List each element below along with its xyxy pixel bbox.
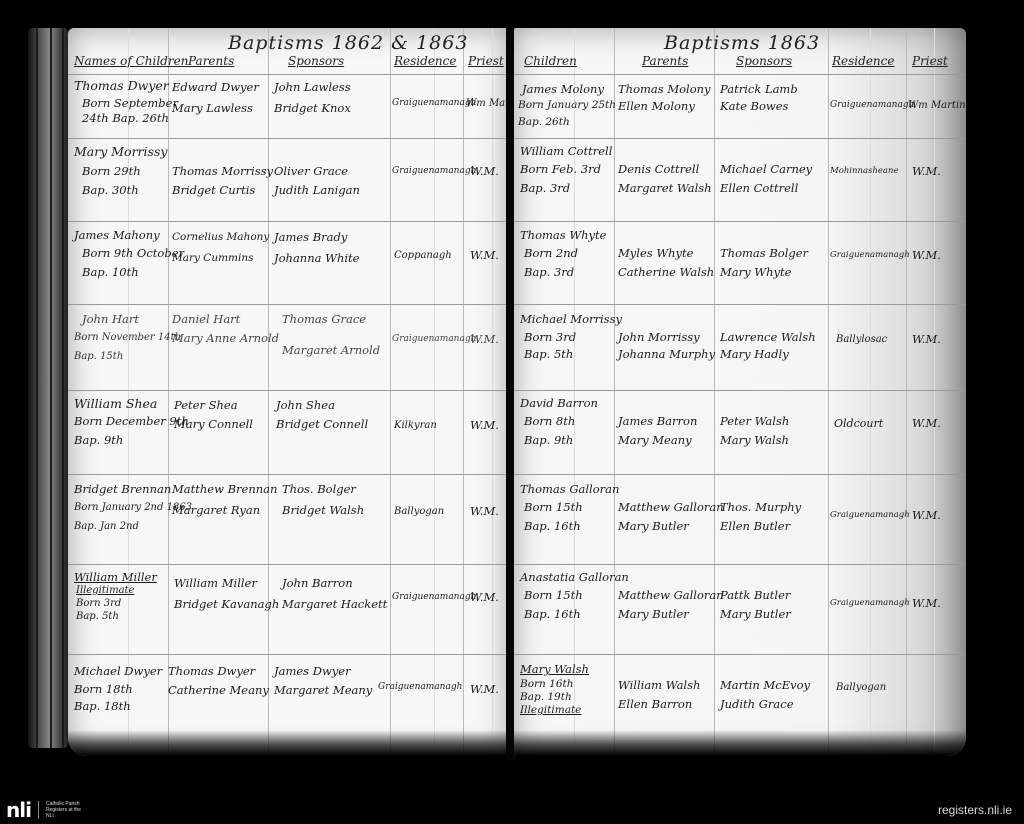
- residence: Oldcourt: [834, 416, 883, 431]
- birth-baptism-dates: Born November 14thBap. 15th: [74, 330, 181, 364]
- birth-baptism-dates: Born 16thBap. 19thIllegitimate: [520, 678, 581, 717]
- residence: Graiguenamanagh: [378, 680, 462, 695]
- header-residence: Residence: [394, 54, 456, 68]
- parents: Edward DwyerMary Lawless: [172, 80, 259, 116]
- residence: Graiguenamanagh: [392, 96, 476, 111]
- residence: Graiguenamanagh: [392, 590, 476, 605]
- parents: Peter SheaMary Connell: [174, 398, 253, 432]
- header-children: Names of Children: [74, 54, 188, 68]
- right-page: Baptisms 1863 Children Parents Sponsors …: [514, 28, 966, 756]
- child-name: Thomas Whyte: [520, 228, 606, 243]
- sponsors: Thos. MurphyEllen Butler: [720, 500, 801, 534]
- book-page-edges: [28, 28, 68, 748]
- residence: Graiguenamanagh: [392, 332, 476, 347]
- birth-baptism-dates: Born January 25thBap. 26th: [518, 98, 616, 130]
- child-name: Bridget Brennan: [74, 482, 171, 497]
- child-name: David Barron: [520, 396, 598, 411]
- parents: William MillerBridget Kavanagh: [174, 576, 279, 612]
- nli-logo-mark: nli: [6, 800, 31, 820]
- residence: Ballyogan: [836, 680, 886, 695]
- child-name: William Miller: [74, 570, 157, 585]
- residence: Graiguenamanagh: [392, 164, 476, 179]
- birth-baptism-dates: Born Feb. 3rdBap. 3rd: [520, 162, 601, 196]
- header-priest: Priest: [468, 54, 504, 68]
- header-parents: Parents: [642, 54, 688, 68]
- parents: Thomas MorrissyBridget Curtis: [172, 164, 273, 198]
- child-name: Mary Morrissy: [74, 144, 167, 159]
- birth-baptism-dates: Born September24th Bap. 26th: [82, 96, 178, 126]
- column-headers: Names of Children Parents Sponsors Resid…: [68, 54, 508, 76]
- birth-baptism-dates: Born 29thBap. 30th: [82, 164, 141, 198]
- sponsors: James BradyJohanna White: [274, 230, 359, 266]
- priest: W.M.: [912, 508, 941, 523]
- sponsors: Michael CarneyEllen Cottrell: [720, 162, 812, 196]
- parents: James BarronMary Meany: [618, 414, 697, 448]
- child-name: William Cottrell: [520, 144, 612, 159]
- birth-baptism-dates: Born December 9thBap. 9th: [74, 414, 189, 448]
- priest: W.M.: [470, 504, 499, 519]
- header-sponsors: Sponsors: [736, 54, 792, 68]
- column-headers: Children Parents Sponsors Residence Prie…: [514, 54, 966, 76]
- parents: John MorrissyJohanna Murphy: [618, 330, 715, 362]
- child-name: Mary Walsh: [520, 662, 589, 677]
- priest: W.M.: [470, 682, 499, 697]
- sponsors: Patrick LambKate Bowes: [720, 82, 798, 114]
- sponsors: Oliver GraceJudith Lanigan: [274, 164, 360, 198]
- parents: Thomas DwyerCatherine Meany: [168, 664, 269, 698]
- header-sponsors: Sponsors: [288, 54, 344, 68]
- parents: Myles WhyteCatherine Walsh: [618, 246, 714, 280]
- residence: Graiguenamanagh: [830, 508, 910, 523]
- priest: W.M.: [912, 416, 941, 431]
- priest: W.M.: [470, 164, 499, 179]
- birth-baptism-dates: Born 15thBap. 16th: [524, 588, 583, 622]
- child-name: James Mahony: [74, 228, 160, 243]
- sponsors: John SheaBridget Connell: [276, 398, 368, 432]
- priest: W.M.: [470, 332, 499, 347]
- sponsors: Thomas BolgerMary Whyte: [720, 246, 808, 280]
- priest: Wm Martin: [466, 96, 508, 111]
- child-name: John Hart: [82, 312, 139, 327]
- sponsors: Thomas GraceMargaret Arnold: [282, 312, 380, 358]
- sponsors: Peter WalshMary Walsh: [720, 414, 789, 448]
- parents: Denis CottrellMargaret Walsh: [618, 162, 712, 196]
- sponsors: Pattk ButlerMary Butler: [720, 588, 791, 622]
- residence: Coppanagh: [394, 248, 452, 263]
- birth-baptism-dates: Born 18thBap. 18th: [74, 682, 133, 714]
- priest: W.M.: [912, 248, 941, 263]
- residence: Ballyogan: [394, 504, 444, 519]
- residence: Graiguenamanagh: [830, 248, 910, 263]
- residence: Kilkyran: [394, 418, 437, 433]
- residence: Graiguenamanagh: [830, 596, 910, 611]
- header-residence: Residence: [832, 54, 894, 68]
- residence: Mohinnasheane: [830, 164, 898, 179]
- birth-baptism-dates: Born 15thBap. 16th: [524, 500, 583, 534]
- priest: W.M.: [470, 248, 499, 263]
- residence: Ballylosac: [836, 332, 887, 347]
- sponsors: Thos. BolgerBridget Walsh: [282, 482, 364, 518]
- sponsors: Lawrence WalshMary Hadly: [720, 330, 816, 362]
- birth-baptism-dates: Born 3rdBap. 5th: [524, 330, 576, 362]
- child-name: Anastatia Galloran: [520, 570, 629, 585]
- priest: W.M.: [912, 164, 941, 179]
- register-book: Baptisms 1862 & 1863 Names of Children P…: [28, 18, 978, 763]
- priest: W.M.: [912, 332, 941, 347]
- header-parents: Parents: [188, 54, 234, 68]
- parents: Daniel HartMary Anne Arnold: [172, 312, 279, 346]
- child-name: James Molony: [522, 82, 604, 97]
- child-name: Thomas Galloran: [520, 482, 619, 497]
- birth-baptism-dates: Born 9th OctoberBap. 10th: [82, 246, 184, 280]
- birth-baptism-dates: Born 8thBap. 9th: [524, 414, 575, 448]
- parents: Cornelius MahonyMary Cummins: [172, 230, 269, 266]
- nli-logo: nli Catholic Parish Registers at the NLI: [6, 800, 86, 820]
- residence: Graiguenamanagh: [830, 98, 914, 113]
- logo-caption: Catholic Parish Registers at the NLI: [46, 801, 86, 819]
- priest: Wm Martin: [908, 98, 966, 113]
- page-title: Baptisms 1863: [664, 32, 820, 54]
- priest: W.M.: [470, 590, 499, 605]
- child-name: William Shea: [74, 396, 157, 411]
- parents: Thomas MolonyEllen Molony: [618, 82, 711, 114]
- birth-baptism-dates: IllegitimateBorn 3rdBap. 5th: [76, 584, 134, 623]
- child-name: Michael Dwyer: [74, 664, 162, 679]
- left-page: Baptisms 1862 & 1863 Names of Children P…: [68, 28, 508, 756]
- parents: William WalshEllen Barron: [618, 678, 700, 712]
- parents: Matthew BrennanMargaret Ryan: [172, 482, 277, 518]
- birth-baptism-dates: Born 2ndBap. 3rd: [524, 246, 578, 280]
- child-name: Thomas Dwyer: [74, 78, 169, 93]
- header-priest: Priest: [912, 54, 948, 68]
- sponsors: John LawlessBridget Knox: [274, 80, 351, 116]
- page-title: Baptisms 1862 & 1863: [228, 32, 468, 54]
- priest: W.M.: [470, 418, 499, 433]
- priest: W.M.: [912, 596, 941, 611]
- header-children: Children: [524, 54, 577, 68]
- sponsors: John BarronMargaret Hackett: [282, 576, 387, 612]
- site-url: registers.nli.ie: [938, 803, 1012, 817]
- parents: Matthew GalloranMary Butler: [618, 500, 724, 534]
- child-name: Michael Morrissy: [520, 312, 622, 327]
- sponsors: James DwyerMargaret Meany: [274, 664, 372, 698]
- sponsors: Martin McEvoyJudith Grace: [720, 678, 810, 712]
- logo-divider: [38, 801, 39, 819]
- parents: Matthew GalloranMary Butler: [618, 588, 724, 622]
